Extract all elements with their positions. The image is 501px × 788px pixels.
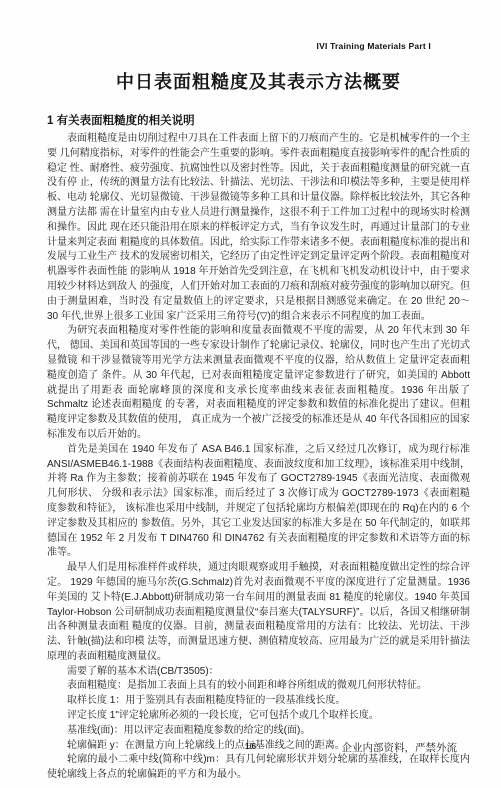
section-body: 表面粗糙度是由切削过程中刀具在工件表面上留下的刀痕而产生的。它是机械零件的一个主… (47, 132, 470, 783)
term-definition-datum-line: 基准线(面)：用以评定表面粗糙度参数的给定的线(面)。 (47, 724, 470, 739)
section-heading: 1 有关表面粗糙度的相关说明 (47, 114, 470, 129)
footer-confidential-notice: 企业内部资料，严禁外流 (342, 740, 458, 755)
document-page: IVI Training Materials Part I 中日表面粗糙度及其表… (0, 0, 501, 788)
paragraph-2: 为研究表面粗糙度对零件性能的影响和度量表面微观不平度的需要，从 20 年代末到 … (47, 324, 470, 442)
running-header: IVI Training Materials Part I (317, 41, 431, 51)
paragraph-1: 表面粗糙度是由切削过程中刀具在工件表面上留下的刀痕而产生的。它是机械零件的一个主… (47, 132, 470, 324)
term-definition-evaluation-length: 评定长度 1"评定轮廓所必须的一段长度，它可包括个或几个取样长度。 (47, 709, 470, 724)
term-definition-sampling-length: 取样长度 1：用于鉴别具有表面粗糙度特征的一段基准线长度。 (47, 694, 470, 709)
page-content: 中日表面粗糙度及其表示方法概要 1 有关表面粗糙度的相关说明 表面粗糙度是由切削… (47, 70, 470, 783)
terms-intro: 需要了解的基本术语(CB/T3505)： (47, 665, 470, 680)
term-definition-roughness: 表面粗糙度：是指加工表面上具有的较小间距和峰谷所组成的微观几何形状特征。 (47, 679, 470, 694)
term-definition-least-squares-mean-line: 轮廓的最小二乘中线(简称中线)m：具有几何轮廓形状并划分轮廓的基准线，在取样长度… (47, 753, 470, 783)
paragraph-4: 最早人们是用标准样件或样块，通过肉眼观察或用手触摸，对表面粗糙度做出定性的综合评… (47, 561, 470, 665)
page-title: 中日表面粗糙度及其表示方法概要 (47, 70, 470, 94)
paragraph-3: 首先是美国在 1940 年发布了 ASA B46.1 国家标准，之后又经过几次修… (47, 443, 470, 561)
